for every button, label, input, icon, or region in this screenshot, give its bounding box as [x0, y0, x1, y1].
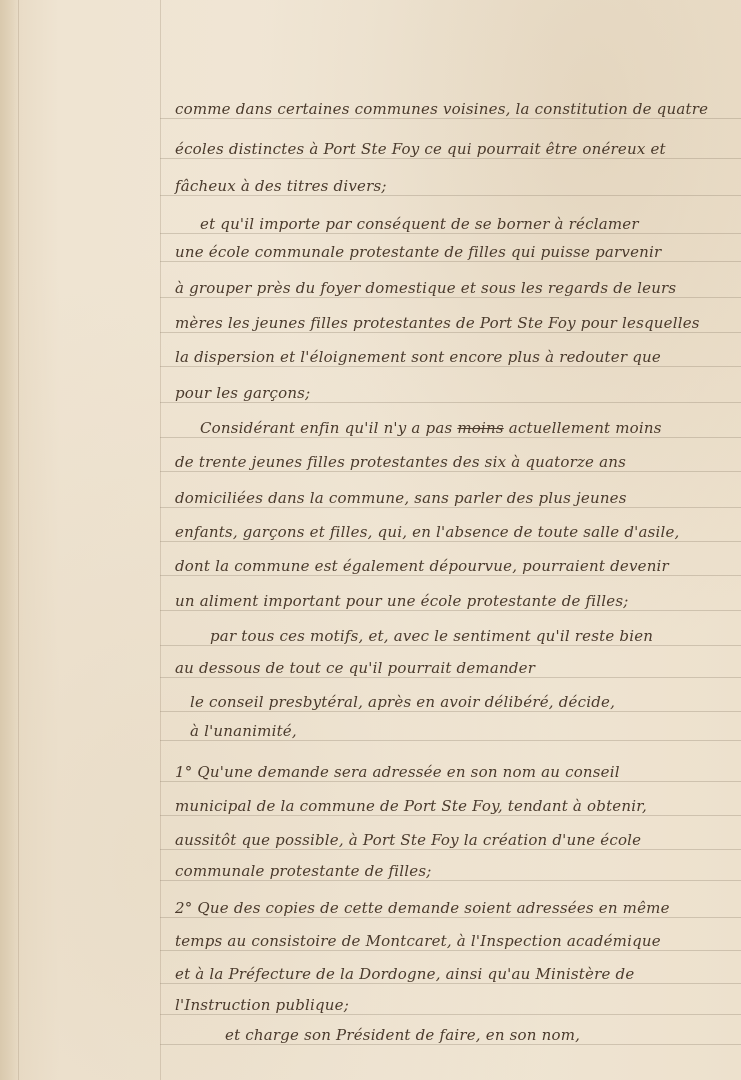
ruled-line: [160, 645, 741, 646]
ruled-line: [160, 983, 741, 984]
manuscript-line: et à la Préfecture de la Dordogne, ainsi…: [175, 965, 737, 983]
ruled-line: [160, 366, 741, 367]
ruled-line: [160, 677, 741, 678]
ruled-line: [160, 815, 741, 816]
manuscript-line: et charge son Président de faire, en son…: [225, 1026, 737, 1044]
manuscript-line: dont la commune est également dépourvue,…: [175, 557, 737, 575]
manuscript-line: Considérant enfin qu'il n'y a pas moins …: [200, 419, 737, 437]
ruled-line: [160, 261, 741, 262]
manuscript-line: l'Instruction publique;: [175, 996, 737, 1014]
manuscript-line: écoles distinctes à Port Ste Foy ce qui …: [175, 140, 737, 158]
ruled-line: [160, 1014, 741, 1015]
ruled-line: [160, 402, 741, 403]
line-segment: Considérant enfin qu'il n'y a pas: [200, 419, 457, 437]
manuscript-line: à grouper près du foyer domestique et so…: [175, 279, 737, 297]
manuscript-line: 1° Qu'une demande sera adressée en son n…: [175, 763, 737, 781]
manuscript-line: à l'unanimité,: [190, 722, 737, 740]
manuscript-line: le conseil presbytéral, après en avoir d…: [190, 693, 737, 711]
manuscript-line: 2° Que des copies de cette demande soien…: [175, 899, 737, 917]
ruled-line: [160, 233, 741, 234]
manuscript-line: un aliment important pour une école prot…: [175, 592, 737, 610]
manuscript-line: comme dans certaines communes voisines, …: [175, 100, 737, 118]
manuscript-line: au dessous de tout ce qu'il pourrait dem…: [175, 659, 737, 677]
ruled-line: [160, 471, 741, 472]
ruled-line: [160, 507, 741, 508]
ruled-line: [160, 297, 741, 298]
ruled-line: [160, 158, 741, 159]
manuscript-line: enfants, garçons et filles, qui, en l'ab…: [175, 523, 737, 541]
manuscript-line: et qu'il importe par conséquent de se bo…: [200, 215, 737, 233]
manuscript-page: comme dans certaines communes voisines, …: [0, 0, 741, 1080]
ruled-line: [160, 880, 741, 881]
ruled-line: [160, 711, 741, 712]
bleed-through-header: [120, 62, 620, 76]
ruled-line: [160, 437, 741, 438]
manuscript-line: la dispersion et l'éloignement sont enco…: [175, 348, 737, 366]
manuscript-line: aussitôt que possible, à Port Ste Foy la…: [175, 831, 737, 849]
manuscript-line: fâcheux à des titres divers;: [175, 177, 737, 195]
ruled-line: [160, 332, 741, 333]
struck-word: moins: [457, 419, 503, 437]
manuscript-line: une école communale protestante de fille…: [175, 243, 737, 261]
manuscript-line: par tous ces motifs, et, avec le sentime…: [210, 627, 737, 645]
ruled-line: [160, 740, 741, 741]
manuscript-line: temps au consistoire de Montcaret, à l'I…: [175, 932, 737, 950]
ruled-line: [160, 610, 741, 611]
ruled-line: [160, 849, 741, 850]
manuscript-line: de trente jeunes filles protestantes des…: [175, 453, 737, 471]
line-segment: actuellement moins: [504, 419, 662, 437]
manuscript-line: pour les garçons;: [175, 384, 737, 402]
ruled-line: [160, 950, 741, 951]
ruled-line: [160, 917, 741, 918]
ruled-line: [160, 118, 741, 119]
margin-line-main: [160, 0, 161, 1080]
margin-line-outer: [18, 0, 19, 1080]
ruled-line: [160, 781, 741, 782]
manuscript-line: mères les jeunes filles protestantes de …: [175, 314, 737, 332]
manuscript-line: domiciliées dans la commune, sans parler…: [175, 489, 737, 507]
ruled-line: [160, 541, 741, 542]
ruled-line: [160, 1044, 741, 1045]
ruled-line: [160, 195, 741, 196]
manuscript-line: municipal de la commune de Port Ste Foy,…: [175, 797, 737, 815]
manuscript-line: communale protestante de filles;: [175, 862, 737, 880]
ruled-line: [160, 575, 741, 576]
page-edge-shadow: [0, 0, 18, 1080]
